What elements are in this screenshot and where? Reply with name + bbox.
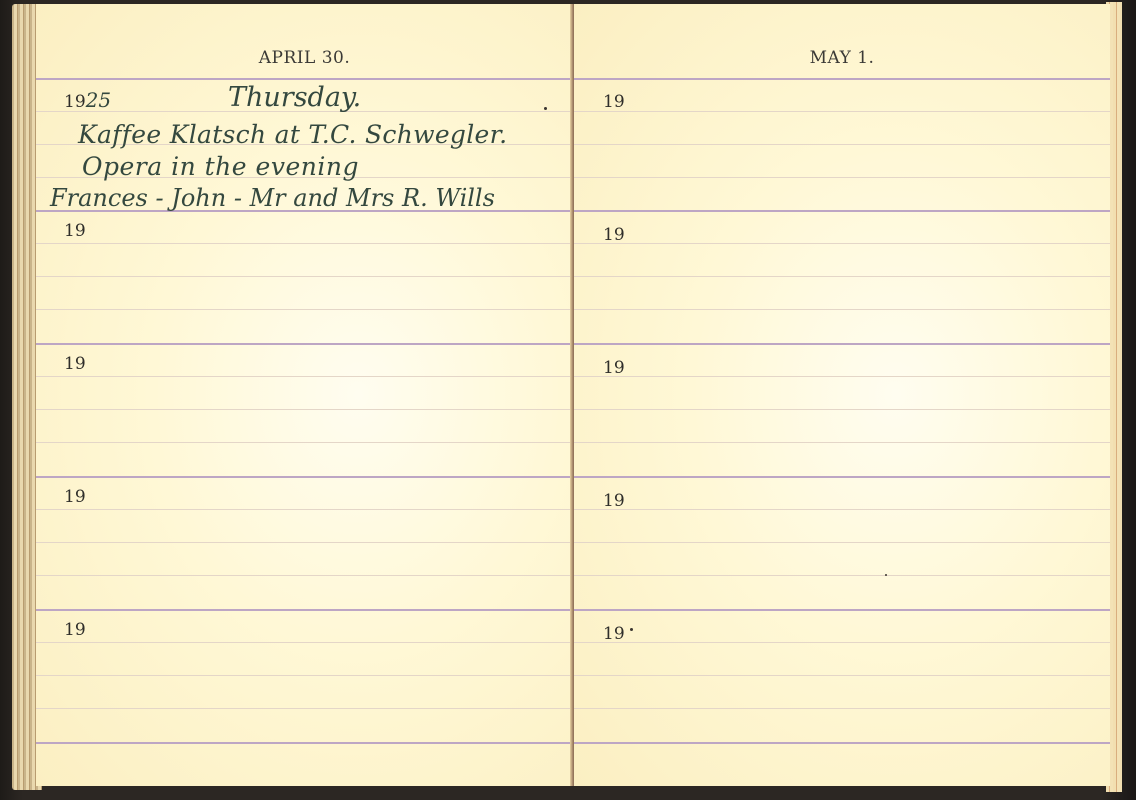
line-rule (36, 642, 573, 643)
handwritten-line: Kaffee Klatsch at T.C. Schwegler. (78, 120, 507, 149)
line-rule (574, 708, 1110, 709)
line-rule (574, 177, 1110, 178)
line-rule (36, 409, 573, 410)
line-rule (574, 642, 1110, 643)
section-rule (574, 78, 1110, 80)
line-rule (36, 442, 573, 443)
line-rule (36, 509, 573, 510)
section-rule (36, 343, 573, 345)
entry-year: 19 (64, 221, 86, 241)
line-rule (36, 542, 573, 543)
left-page: APRIL 30. 1925 Thursday. Kaffee Klatsch … (36, 4, 573, 786)
line-rule (574, 243, 1110, 244)
section-rule (36, 609, 573, 611)
line-rule (574, 675, 1110, 676)
line-rule (574, 409, 1110, 410)
section-rule (574, 210, 1110, 212)
entry-year: 19 (603, 358, 625, 378)
entry-year: 19 (603, 624, 625, 644)
ink-dot (544, 107, 547, 110)
year-printed: 19 (64, 92, 86, 112)
line-rule (36, 309, 573, 310)
line-rule (574, 309, 1110, 310)
entry-year: 19 (64, 354, 86, 374)
line-rule (36, 276, 573, 277)
line-rule (36, 575, 573, 576)
handwritten-line: Frances - John - Mr and Mrs R. Wills (50, 184, 495, 212)
line-rule (574, 575, 1110, 576)
line-rule (36, 708, 573, 709)
handwritten-day: Thursday. (228, 82, 361, 113)
entry-year: 1925 (64, 88, 111, 112)
line-rule (36, 675, 573, 676)
line-rule (574, 442, 1110, 443)
line-rule (574, 509, 1110, 510)
section-rule (574, 476, 1110, 478)
section-rule (36, 78, 573, 80)
section-rule (36, 476, 573, 478)
year-handwritten: 25 (86, 88, 111, 112)
entry-year: 19 (603, 491, 625, 511)
page-heading-may-1: MAY 1. (574, 48, 1110, 68)
right-page: MAY 1. 19 19 19 19 19 (574, 4, 1110, 786)
entry-year: 19 (603, 225, 625, 245)
line-rule (574, 276, 1110, 277)
entry-year: 19 (603, 92, 625, 112)
ink-dot (630, 628, 633, 631)
handwritten-line: Opera in the evening (82, 152, 359, 181)
section-rule (36, 742, 573, 744)
section-rule (574, 343, 1110, 345)
section-rule (574, 742, 1110, 744)
entry-year: 19 (64, 620, 86, 640)
entry-year: 19 (64, 487, 86, 507)
line-rule (574, 376, 1110, 377)
page-heading-april-30: APRIL 30. (36, 48, 573, 68)
line-rule (574, 542, 1110, 543)
line-rule (36, 243, 573, 244)
line-rule (574, 111, 1110, 112)
section-rule (574, 609, 1110, 611)
line-rule (36, 376, 573, 377)
ink-dot (885, 574, 887, 576)
line-rule (574, 144, 1110, 145)
